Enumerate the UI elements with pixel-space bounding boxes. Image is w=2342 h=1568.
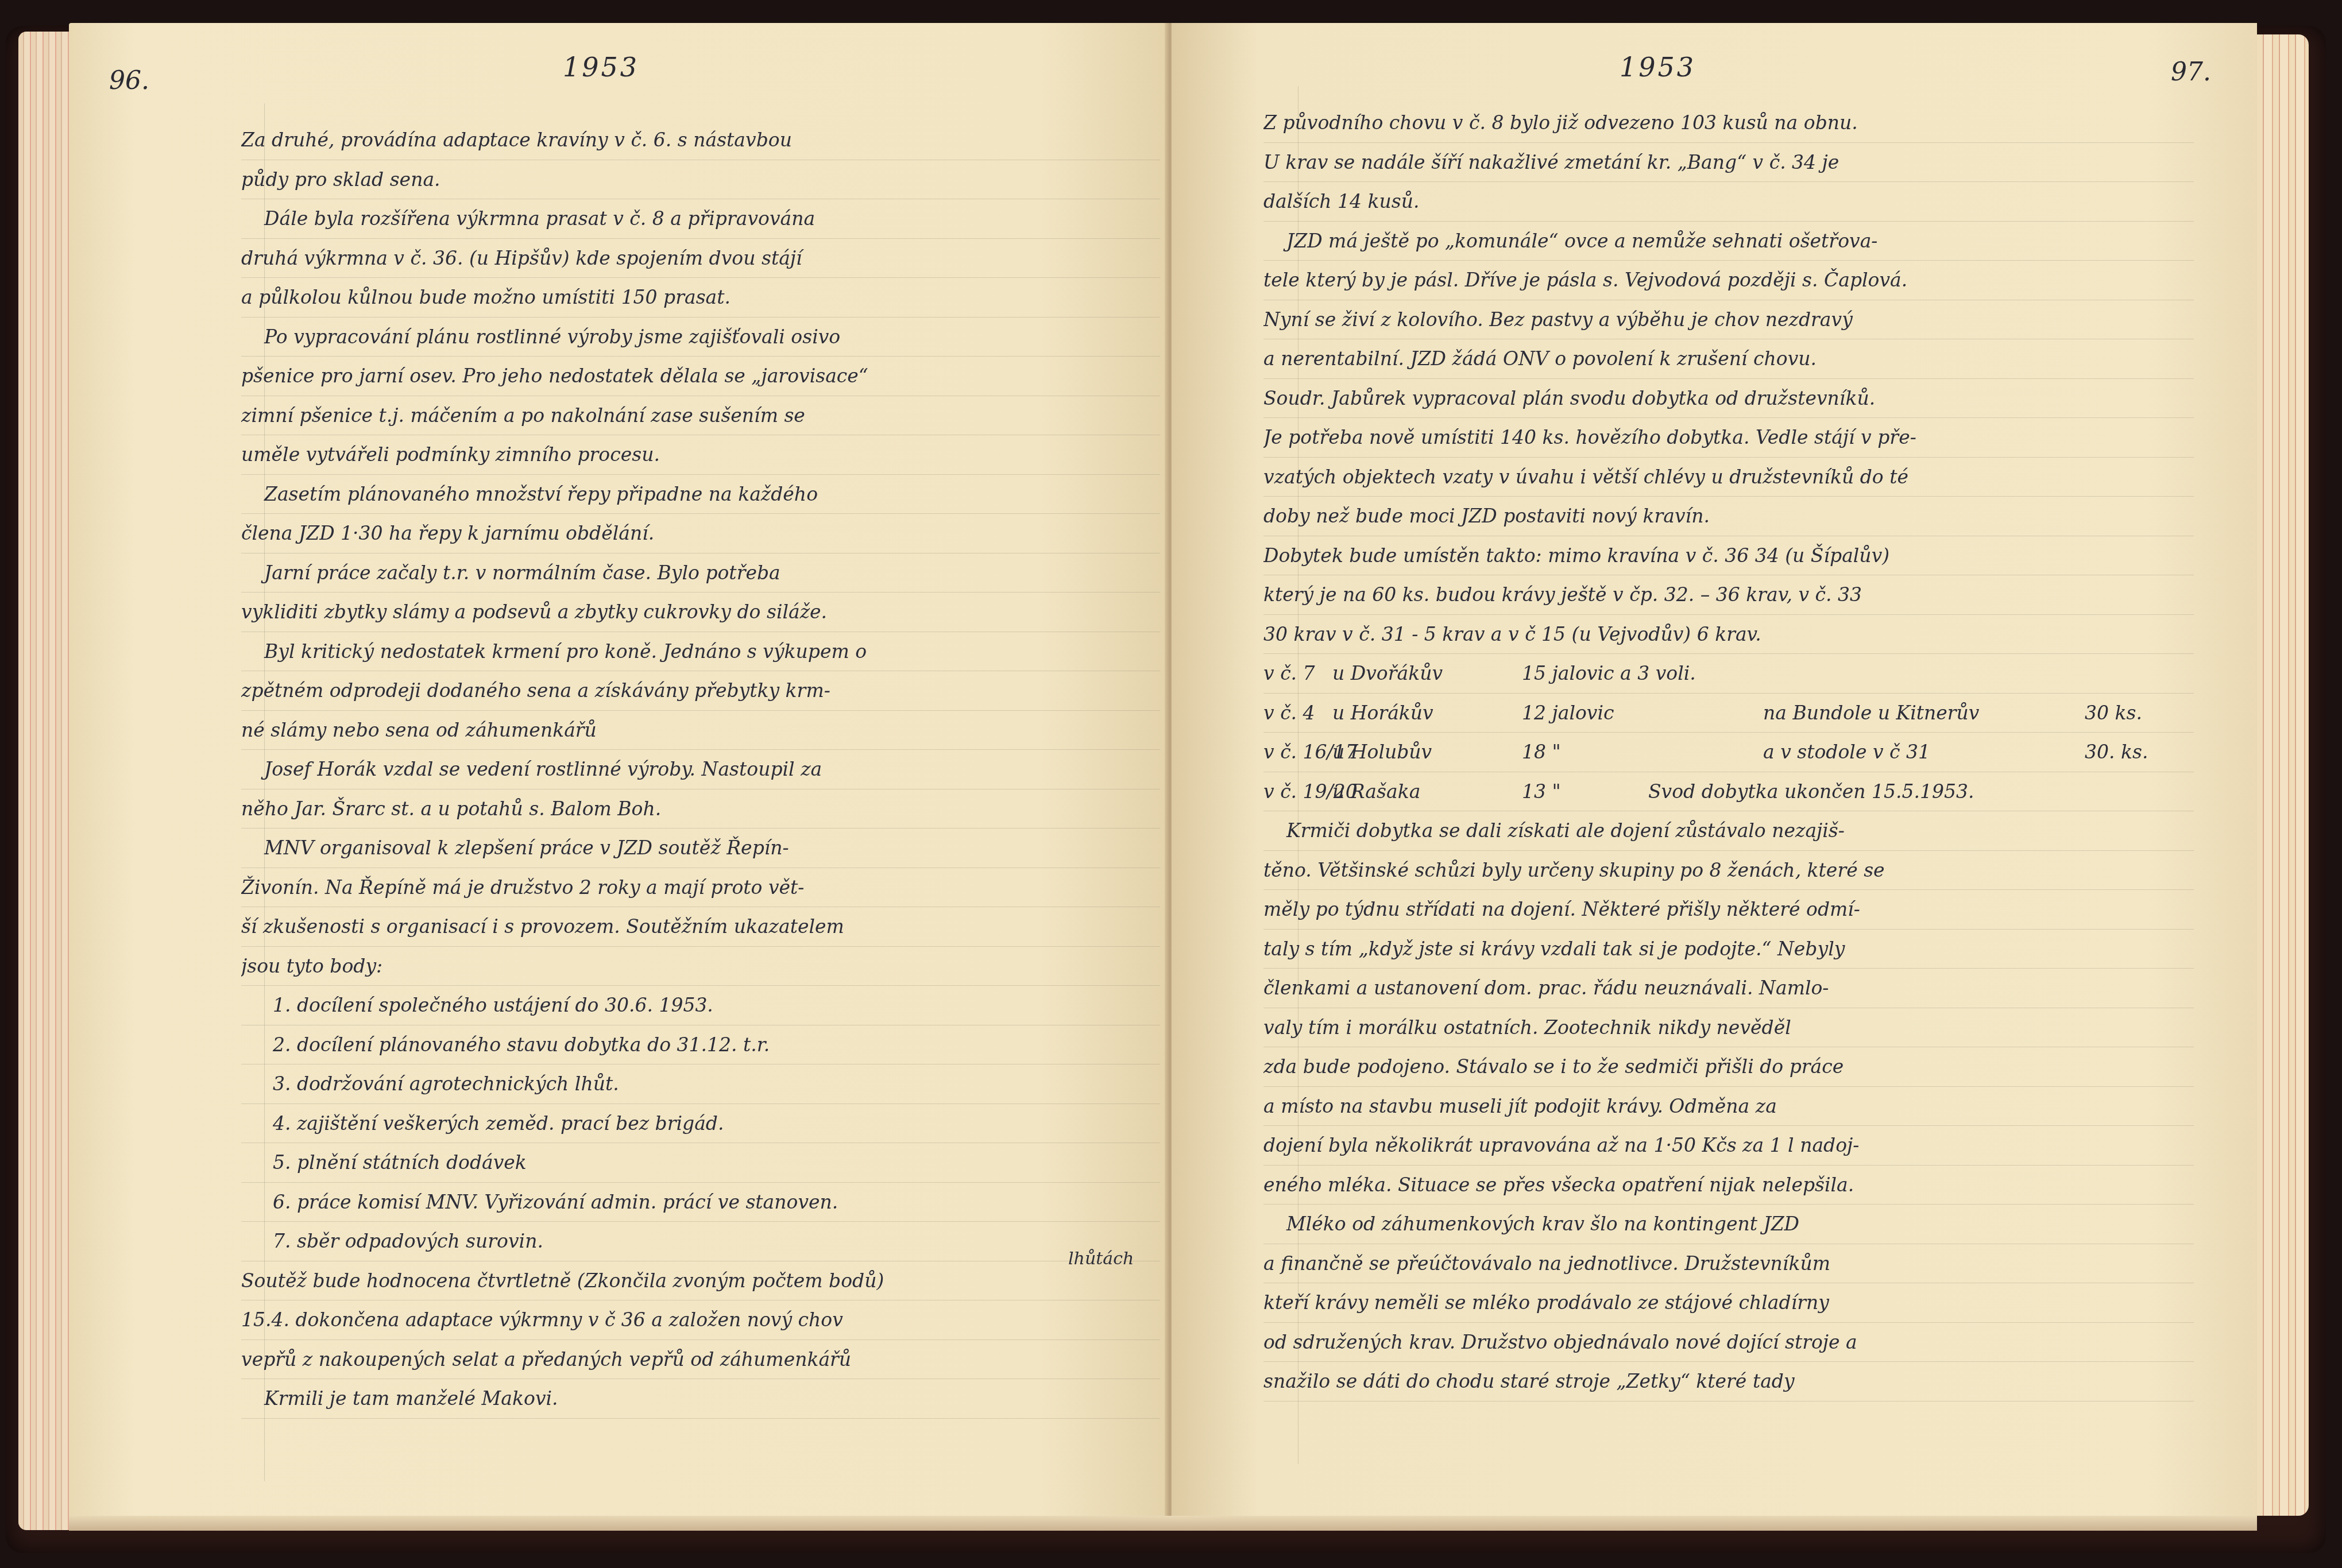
page-bottom-edge <box>69 1516 2257 1531</box>
text-line: člena JZD 1·30 ha řepy k jarnímu obdělán… <box>241 514 1160 553</box>
text-line: taly s tím „když jste si krávy vzdali ta… <box>1263 930 2194 969</box>
text-line: Nyní se živí z kolovího. Bez pastvy a vý… <box>1263 300 2194 340</box>
text-line: měly po týdnu střídati na dojení. Někter… <box>1263 890 2194 930</box>
text-line: eného mléka. Situace se přes všecka opat… <box>1263 1166 2194 1205</box>
text-line: Po vypracování plánu rostlinné výroby js… <box>241 318 1160 357</box>
text-line: Dobytek bude umístěn takto: mimo kravína… <box>1263 536 2194 576</box>
text-line: uměle vytvářeli podmínky zimního procesu… <box>241 435 1160 475</box>
text-line: Krmiči dobytka se dali získati ale dojen… <box>1263 811 2194 851</box>
text-line: Z původního chovu v č. 8 bylo již odveze… <box>1263 103 2194 143</box>
list-item: 3. dodržování agrotechnických lhůt. <box>241 1064 1160 1104</box>
page-number-right: 97. <box>2171 57 2211 87</box>
text-line: tele který by je pásl. Dříve je pásla s.… <box>1263 261 2194 300</box>
text-line: doby než bude moci JZD postaviti nový kr… <box>1263 497 2194 536</box>
text-line: Je potřeba nově umístiti 140 ks. hovězíh… <box>1263 418 2194 458</box>
text-line: U krav se nadále šíří nakažlivé zmetání … <box>1263 143 2194 183</box>
right-page-text: Z původního chovu v č. 8 bylo již odveze… <box>1263 103 2194 1401</box>
text-line: Byl kritický nedostatek krmení pro koně.… <box>241 632 1160 672</box>
list-item: 1. docílení společného ustájení do 30.6.… <box>241 986 1160 1025</box>
text-line: MNV organisoval k zlepšení práce v JZD s… <box>241 828 1160 868</box>
text-line: a půlkolou kůlnou bude možno umístiti 15… <box>241 278 1160 318</box>
text-line: Jarní práce začaly t.r. v normálním čase… <box>241 553 1160 593</box>
text-line: dalších 14 kusů. <box>1263 182 2194 222</box>
text-line: půdy pro sklad sena. <box>241 160 1160 200</box>
text-line: něho Jar. Šrarc st. a u potahů s. Balom … <box>241 789 1160 829</box>
livestock-table-row: v č. 19/20 u Rašaka 13 " Svod dobytka uk… <box>1263 772 2194 812</box>
text-line: kteří krávy neměli se mléko prodávalo ze… <box>1263 1283 2194 1323</box>
list-item: 6. práce komisí MNV. Vyřizování admin. p… <box>241 1183 1160 1222</box>
right-page: 1953 97. Z původního chovu v č. 8 bylo j… <box>1172 23 2257 1527</box>
text-line: snažilo se dáti do chodu staré stroje „Z… <box>1263 1362 2194 1401</box>
text-line: a místo na stavbu museli jít podojit krá… <box>1263 1087 2194 1126</box>
text-line: zpětném odprodeji dodaného sena a získáv… <box>241 671 1160 711</box>
year-header-right: 1953 <box>1620 52 1696 83</box>
text-line: Soudr. Jabůrek vypracoval plán svodu dob… <box>1263 379 2194 419</box>
text-line: Za druhé, provádína adaptace kravíny v č… <box>241 121 1160 160</box>
text-line: který je na 60 ks. budou krávy ještě v č… <box>1263 575 2194 615</box>
livestock-table-row: v č. 7 u Dvořákův 15 jalovic a 3 voli. <box>1263 654 2194 694</box>
right-page-stack-edge <box>2257 34 2309 1516</box>
list-item: 4. zajištění veškerých zeměd. prací bez … <box>241 1104 1160 1144</box>
text-line: Dále byla rozšířena výkrmna prasat v č. … <box>241 199 1160 239</box>
text-line: těno. Většinské schůzi byly určeny skupi… <box>1263 851 2194 891</box>
text-line: od sdružených krav. Družstvo objednávalo… <box>1263 1323 2194 1362</box>
text-line: vykliditi zbytky slámy a podsevů a zbytk… <box>241 593 1160 632</box>
text-line: né slámy nebo sena od záhumenkářů <box>241 711 1160 750</box>
list-item: 5. plnění státních dodávek <box>241 1143 1160 1183</box>
list-item: 7. sběr odpadových surovin. <box>241 1222 1160 1261</box>
text-line: jsou tyto body: <box>241 947 1160 986</box>
text-line: 15.4. dokončena adaptace výkrmny v č 36 … <box>241 1300 1160 1340</box>
text-line: Soutěž bude hodnocena čtvrtletně (Zkonči… <box>241 1261 1160 1301</box>
text-line: valy tím i morálku ostatních. Zootechnik… <box>1263 1008 2194 1048</box>
year-header-left: 1953 <box>563 52 639 83</box>
text-line: Zasetím plánovaného množství řepy připad… <box>241 475 1160 514</box>
text-line: Josef Horák vzdal se vedení rostlinné vý… <box>241 750 1160 789</box>
list-item: 2. docílení plánovaného stavu dobytka do… <box>241 1025 1160 1065</box>
livestock-table-row: v č. 16/17 u Holubův 18 " a v stodole v … <box>1263 733 2194 772</box>
text-line: a finančně se přeúčtovávalo na jednotliv… <box>1263 1244 2194 1284</box>
text-line: zda bude podojeno. Stávalo se i to že se… <box>1263 1047 2194 1087</box>
text-line: vepřů z nakoupených selat a předaných ve… <box>241 1340 1160 1380</box>
livestock-table-row: v č. 4 u Horákův 12 jalovic na Bundole u… <box>1263 694 2194 733</box>
text-line: pšenice pro jarní osev. Pro jeho nedosta… <box>241 357 1160 396</box>
text-line: JZD má ještě po „komunále“ ovce a nemůže… <box>1263 222 2194 261</box>
text-line: Mléko od záhumenkových krav šlo na konti… <box>1263 1205 2194 1244</box>
left-page-text: Za druhé, provádína adaptace kravíny v č… <box>241 121 1160 1419</box>
text-line: ší zkušenosti s organisací i s provozem.… <box>241 907 1160 947</box>
text-line: druhá výkrmna v č. 36. (u Hipšův) kde sp… <box>241 239 1160 278</box>
text-line: dojení byla několikrát upravována až na … <box>1263 1126 2194 1166</box>
left-page: 96. 1953 Za druhé, provádína adaptace kr… <box>69 23 1172 1527</box>
text-line: vzatých objektech vzaty v úvahu i větší … <box>1263 458 2194 497</box>
text-line: 30 krav v č. 31 - 5 krav a v č 15 (u Vej… <box>1263 615 2194 655</box>
page-number-left: 96. <box>109 66 149 95</box>
text-line: Krmili je tam manželé Makovi. <box>241 1379 1160 1419</box>
text-line: zimní pšenice t.j. máčením a po nakolnán… <box>241 396 1160 436</box>
margin-note: lhůtách <box>1068 1249 1134 1269</box>
text-line: Živonín. Na Řepíně má je družstvo 2 roky… <box>241 868 1160 908</box>
text-line: a nerentabilní. JZD žádá ONV o povolení … <box>1263 339 2194 379</box>
text-line: členkami a ustanovení dom. prac. řádu ne… <box>1263 969 2194 1008</box>
